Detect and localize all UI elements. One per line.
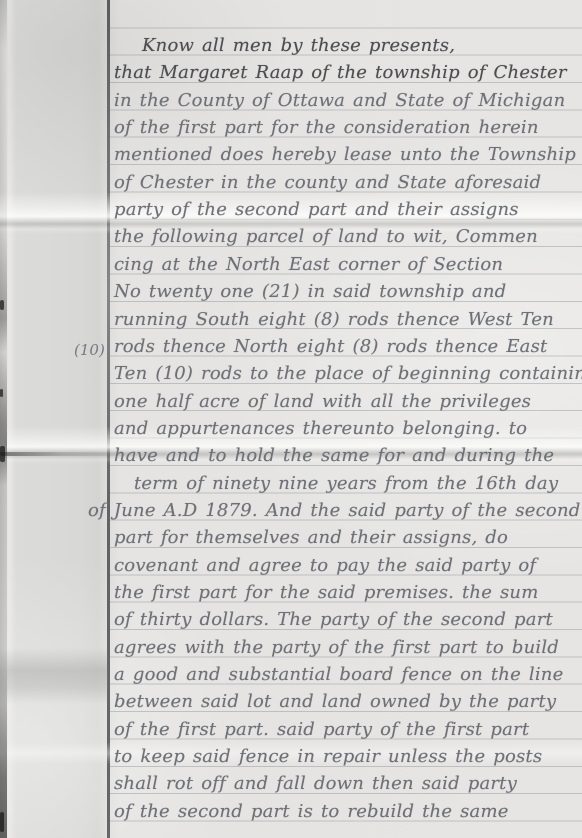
handwriting-line: of the first part. said party of the fir… [114,717,582,744]
handwriting-line: of the second part is to rebuild the sam… [114,799,582,826]
handwriting-line: the following parcel of land to wit, Com… [114,224,582,251]
handwriting-line: shall rot off and fall down then said pa… [114,771,582,798]
handwriting-line: in the County of Ottawa and State of Mic… [114,88,582,115]
handwriting-line: mentioned does hereby lease unto the Tow… [114,142,582,169]
handwriting-line: running South eight (8) rods thence West… [114,307,582,334]
scanned-document-page: (10) Know all men by these presents, tha… [0,0,582,838]
handwriting-line: cing at the North East corner of Section [114,252,582,279]
handwriting-line: Ten (10) rods to the place of beginning … [114,361,582,388]
handwriting-line: have and to hold the same for and during… [114,443,582,470]
handwriting-line: of thirty dollars. The party of the seco… [114,607,582,634]
handwriting-line: term of ninety nine years from the 16th … [114,471,582,498]
handwriting-layer: Know all men by these presents, that Mar… [0,0,582,838]
handwriting-line: Know all men by these presents, [114,33,582,60]
handwriting-line: agrees with the party of the first part … [114,635,582,662]
handwriting-line: of the first part for the consideration … [114,115,582,142]
handwriting-line: to keep said fence in repair unless the … [114,744,582,771]
handwriting-line: No twenty one (21) in said township and [114,279,582,306]
handwriting-line: of Chester in the county and State afore… [114,170,582,197]
handwriting-line: between said lot and land owned by the p… [114,689,582,716]
handwriting-line: rods thence North eight (8) rods thence … [114,334,582,361]
handwriting-line: the first part for the said premises. th… [114,580,582,607]
handwriting-line: and appurtenances thereunto belonging. t… [114,416,582,443]
handwriting-line: that Margaret Raap of the township of Ch… [114,60,582,87]
handwriting-line: covenant and agree to pay the said party… [114,553,582,580]
handwriting-line: part for themselves and their assigns, d… [114,525,582,552]
handwriting-line: one half acre of land with all the privi… [114,389,582,416]
handwriting-line: a good and substantial board fence on th… [114,662,582,689]
handwriting-line: of June A.D 1879. And the said party of … [88,498,582,525]
handwriting-line: party of the second part and their assig… [114,197,582,224]
